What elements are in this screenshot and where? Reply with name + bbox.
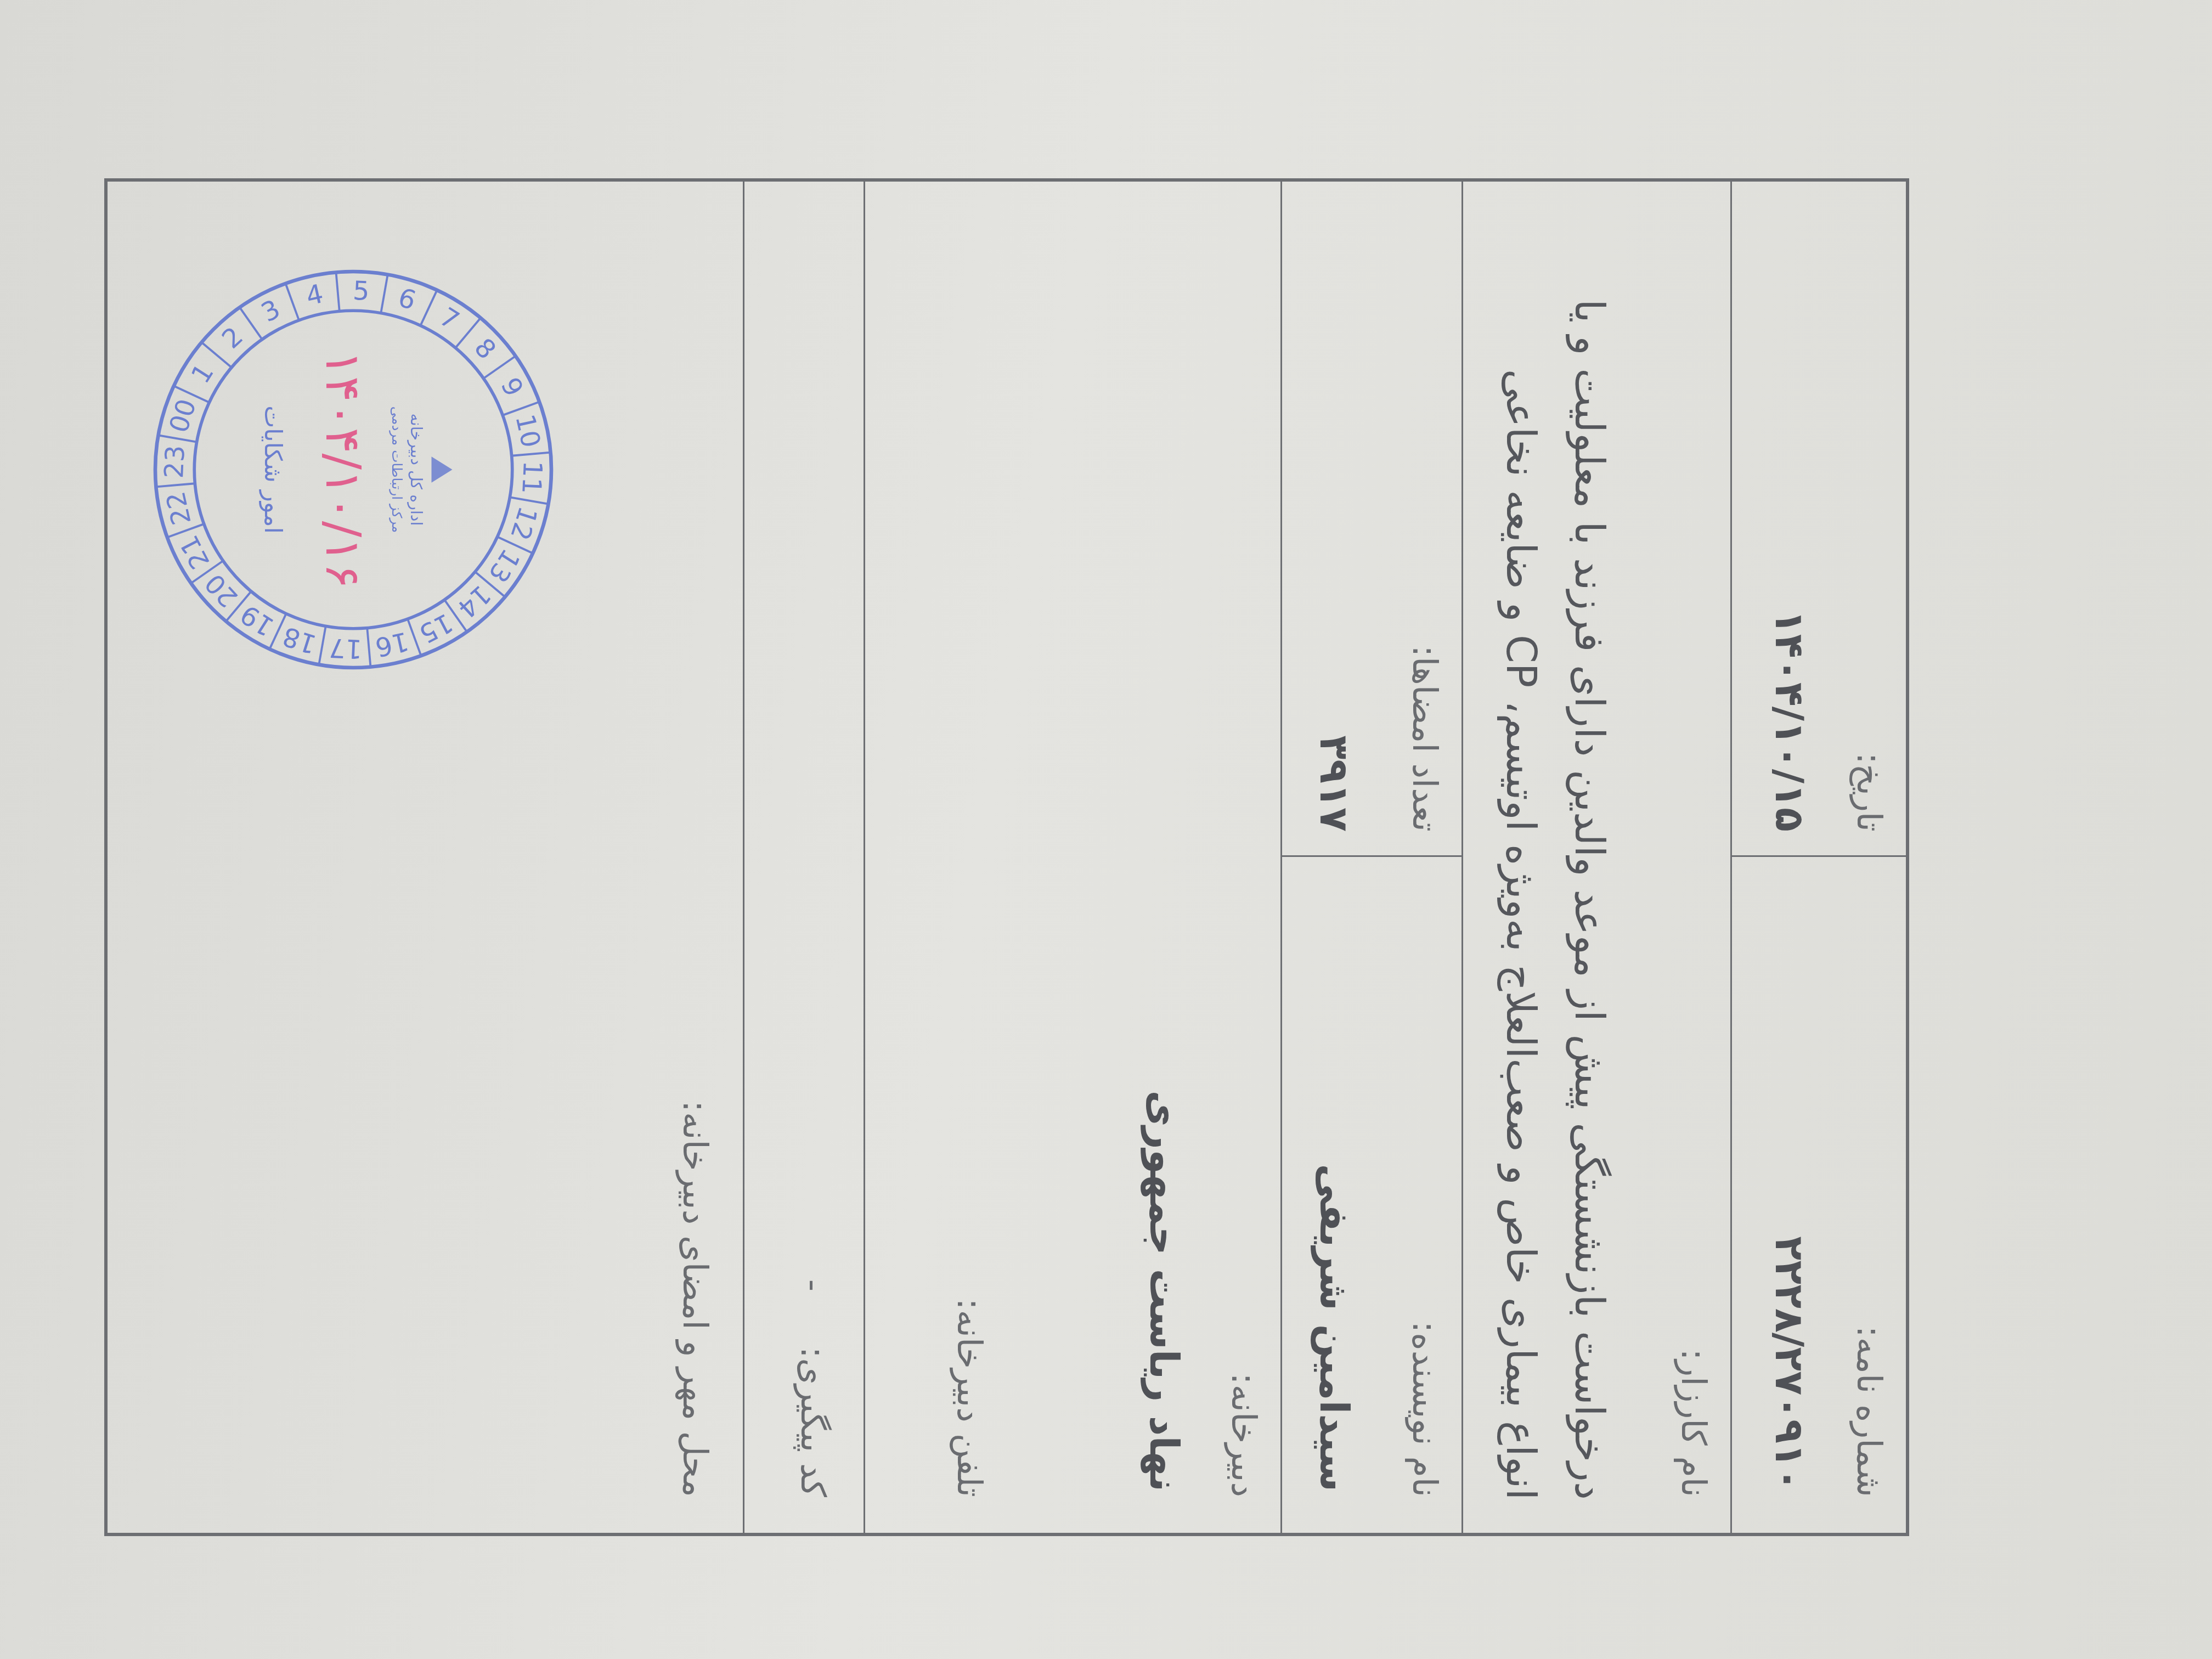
stamp-org-line2: مرکز ارتباطات مردمی	[389, 407, 405, 533]
author-value: سیدامین شریفی	[1311, 1164, 1357, 1492]
letter-number-cell: شماره نامه: ۲۲۲۸/۲۷۰۹۱۰	[1732, 855, 1906, 1533]
triangle-emblem-icon	[432, 456, 453, 483]
campaign-subject: درخواست بازنشستگی پیش از موعد والدین دار…	[1486, 269, 1623, 1500]
stamp-hour-label: 2	[216, 321, 249, 355]
secretariat-receipt-form: شماره نامه: ۲۲۲۸/۲۷۰۹۱۰ تاریخ: ۱۴۰۴/۱۰/۱…	[104, 178, 1909, 1536]
stamp-area-label: محل مهر و امضای دبیرخانه:	[675, 1101, 715, 1497]
stamp-hour-label: 16	[373, 625, 411, 662]
signatures-value: ۳۹۱۷	[1311, 735, 1357, 832]
secretariat-stamp: 001234567891011121314151617181920212223ا…	[145, 261, 562, 678]
tracking-code-label: کد پیگیری:	[793, 1347, 833, 1497]
stamp-hour-label: 8	[468, 332, 501, 365]
signatures-cell: تعداد امضاها: ۳۹۱۷	[1282, 182, 1462, 865]
stamp-hour-label: 17	[328, 632, 363, 664]
stamp-org-line1: اداره کل دبیرخانه	[407, 414, 425, 526]
secretariat-phone-label: تلفن دبیرخانه:	[950, 1299, 990, 1497]
row-letter-number-date: شماره نامه: ۲۲۲۸/۲۷۰۹۱۰ تاریخ: ۱۴۰۴/۱۰/۱…	[1730, 182, 1906, 1533]
row-tracking-code: کد پیگیری: -	[743, 182, 864, 1533]
campaign-label: نام کارزار:	[1674, 1348, 1714, 1497]
stamp-hour-label: 14	[452, 579, 496, 623]
stamp-hour-label: 6	[394, 283, 419, 317]
stamp-hour-label: 23	[159, 444, 191, 479]
stamp-hour-label: 22	[161, 489, 198, 528]
stamp-hour-label: 1	[185, 359, 220, 389]
stamp-hour-label: 3	[257, 294, 285, 329]
row-secretariat: دبیرخانه: نهاد ریاست جمهوری تلفن دبیرخان…	[864, 182, 1280, 1533]
stamp-hour-label: 5	[352, 276, 370, 307]
tracking-code-value: -	[793, 1279, 833, 1291]
date-cell: تاریخ: ۱۴۰۴/۱۰/۱۵	[1732, 182, 1906, 865]
stamp-hour-label: 18	[279, 620, 320, 659]
stamp-department: امور شکایات	[259, 405, 287, 534]
author-label: نام نویسنده:	[1405, 1321, 1445, 1497]
row-author-signatures: نام نویسنده: سیدامین شریفی تعداد امضاها:…	[1280, 182, 1462, 1533]
secretariat-label: دبیرخانه:	[1224, 1373, 1264, 1497]
date-value: ۱۴۰۴/۱۰/۱۵	[1767, 610, 1813, 832]
stamp-hour-label: 7	[434, 302, 464, 336]
stamp-hour-label: 9	[494, 373, 529, 402]
date-label: تاریخ:	[1849, 753, 1889, 832]
stamp-hour-label: 10	[509, 411, 546, 450]
signatures-label: تعداد امضاها:	[1405, 645, 1445, 832]
secretariat-value: نهاد ریاست جمهوری	[1141, 1091, 1187, 1492]
stamp-hour-label: 4	[303, 279, 326, 312]
row-stamp-area: محل مهر و امضای دبیرخانه: 00123456789101…	[104, 182, 743, 1533]
stamp-hour-label: 20	[199, 568, 244, 613]
author-cell: نام نویسنده: سیدامین شریفی	[1282, 855, 1462, 1533]
stamp-hour-label: 00	[163, 396, 202, 436]
letter-number-label: شماره نامه:	[1849, 1326, 1889, 1497]
stamp-date: ۱۴۰۴/۱۰/۱۶	[315, 351, 371, 589]
stamp-hour-label: 12	[504, 503, 543, 544]
row-campaign: نام کارزار: درخواست بازنشستگی پیش از موع…	[1462, 182, 1730, 1533]
letter-number-value: ۲۲۲۸/۲۷۰۹۱۰	[1767, 1236, 1813, 1492]
stamp-hour-label: 11	[516, 460, 548, 495]
form-container: شماره نامه: ۲۲۲۸/۲۷۰۹۱۰ تاریخ: ۱۴۰۴/۱۰/۱…	[104, 178, 1909, 1536]
